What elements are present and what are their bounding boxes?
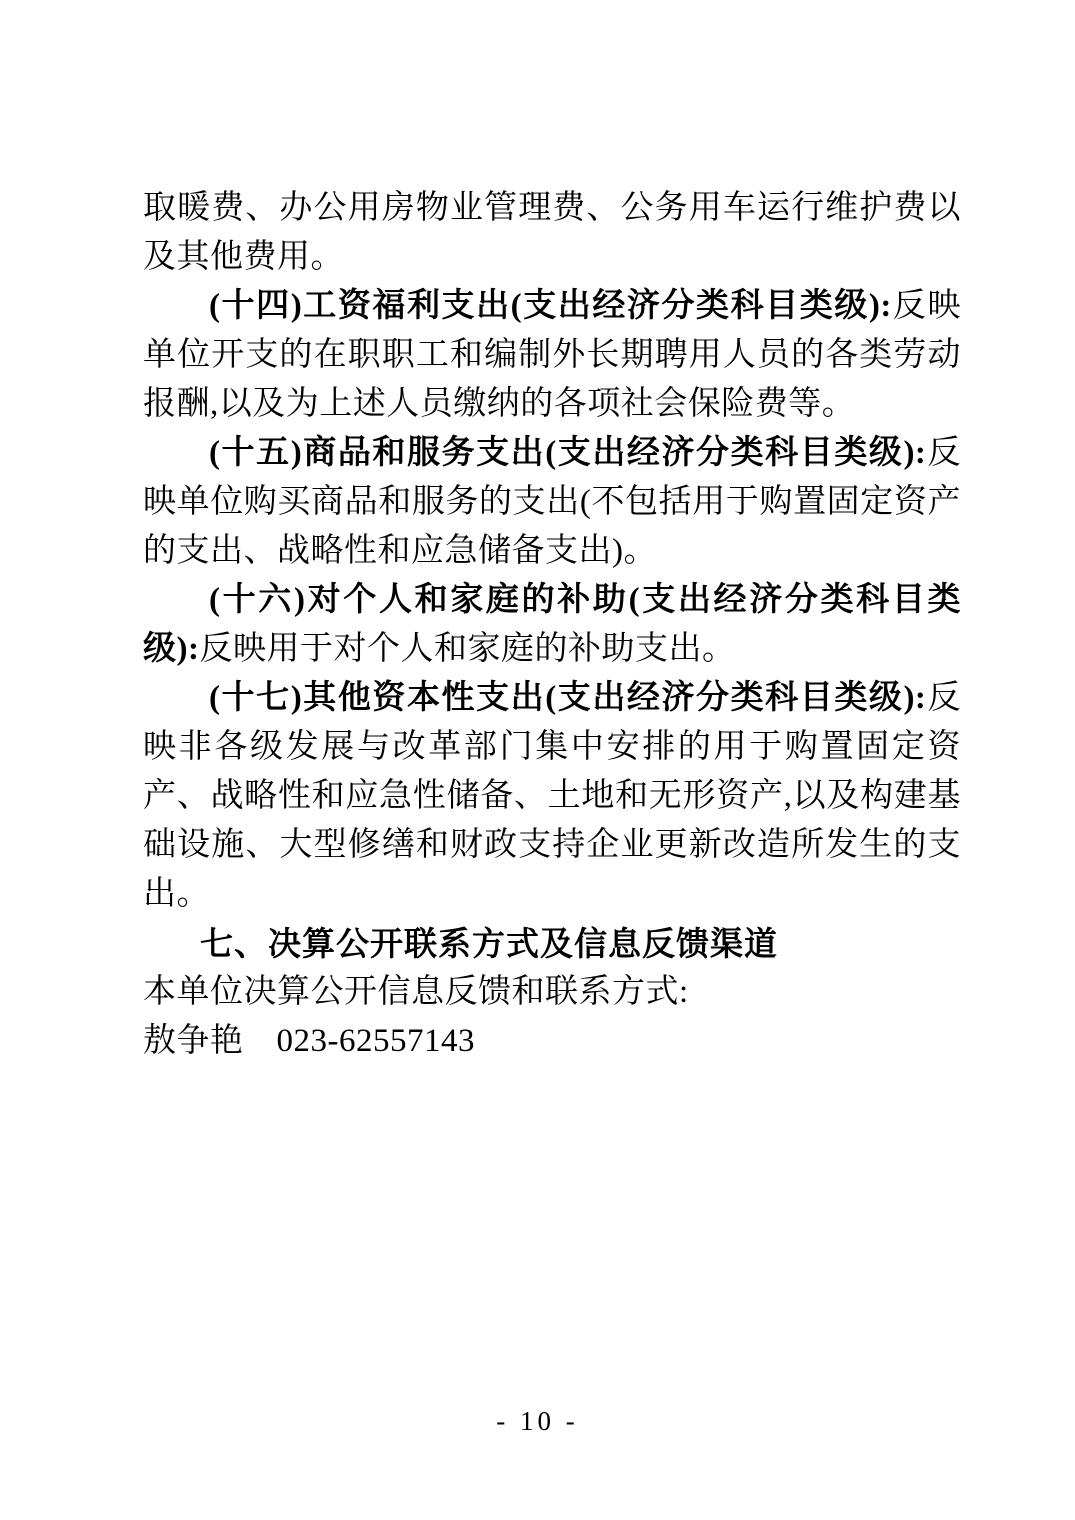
contact-intro: 本单位决算公开信息反馈和联系方式: [143,968,961,1017]
contact-row: 敖争艳023-62557143 [143,1017,961,1066]
paragraph-item-15-lead: (十五)商品和服务支出(支出经济分类科目类级): [209,435,926,471]
paragraph-continuation: 取暖费、办公用房物业管理费、公务用车运行维护费以及其他费用。 [143,184,961,282]
document-page: 取暖费、办公用房物业管理费、公务用车运行维护费以及其他费用。 (十四)工资福利支… [0,0,1075,1520]
paragraph-item-17: (十七)其他资本性支出(支出经济分类科目类级):反映非各级发展与改革部门集中安排… [143,674,961,919]
paragraph-item-14-lead: (十四)工资福利支出(支出经济分类科目类级): [209,288,892,324]
paragraph-item-16: (十六)对个人和家庭的补助(支出经济分类科目类级):反映用于对个人和家庭的补助支… [143,576,961,674]
paragraph-item-14: (十四)工资福利支出(支出经济分类科目类级):反映单位开支的在职职工和编制外长期… [143,282,961,429]
paragraph-item-16-body: 反映用于对个人和家庭的补助支出。 [199,631,735,667]
document-body: 取暖费、办公用房物业管理费、公务用车运行维护费以及其他费用。 (十四)工资福利支… [143,184,961,1066]
contact-name: 敖争艳 [143,1023,244,1059]
contact-phone: 023-62557143 [277,1017,476,1066]
page-number: - 10 - [0,1404,1075,1438]
paragraph-item-17-lead: (十七)其他资本性支出(支出经济分类科目类级): [209,680,926,716]
section-heading-seven: 七、决算公开联系方式及信息反馈渠道 [143,919,961,968]
paragraph-item-15: (十五)商品和服务支出(支出经济分类科目类级):反映单位购买商品和服务的支出(不… [143,429,961,576]
